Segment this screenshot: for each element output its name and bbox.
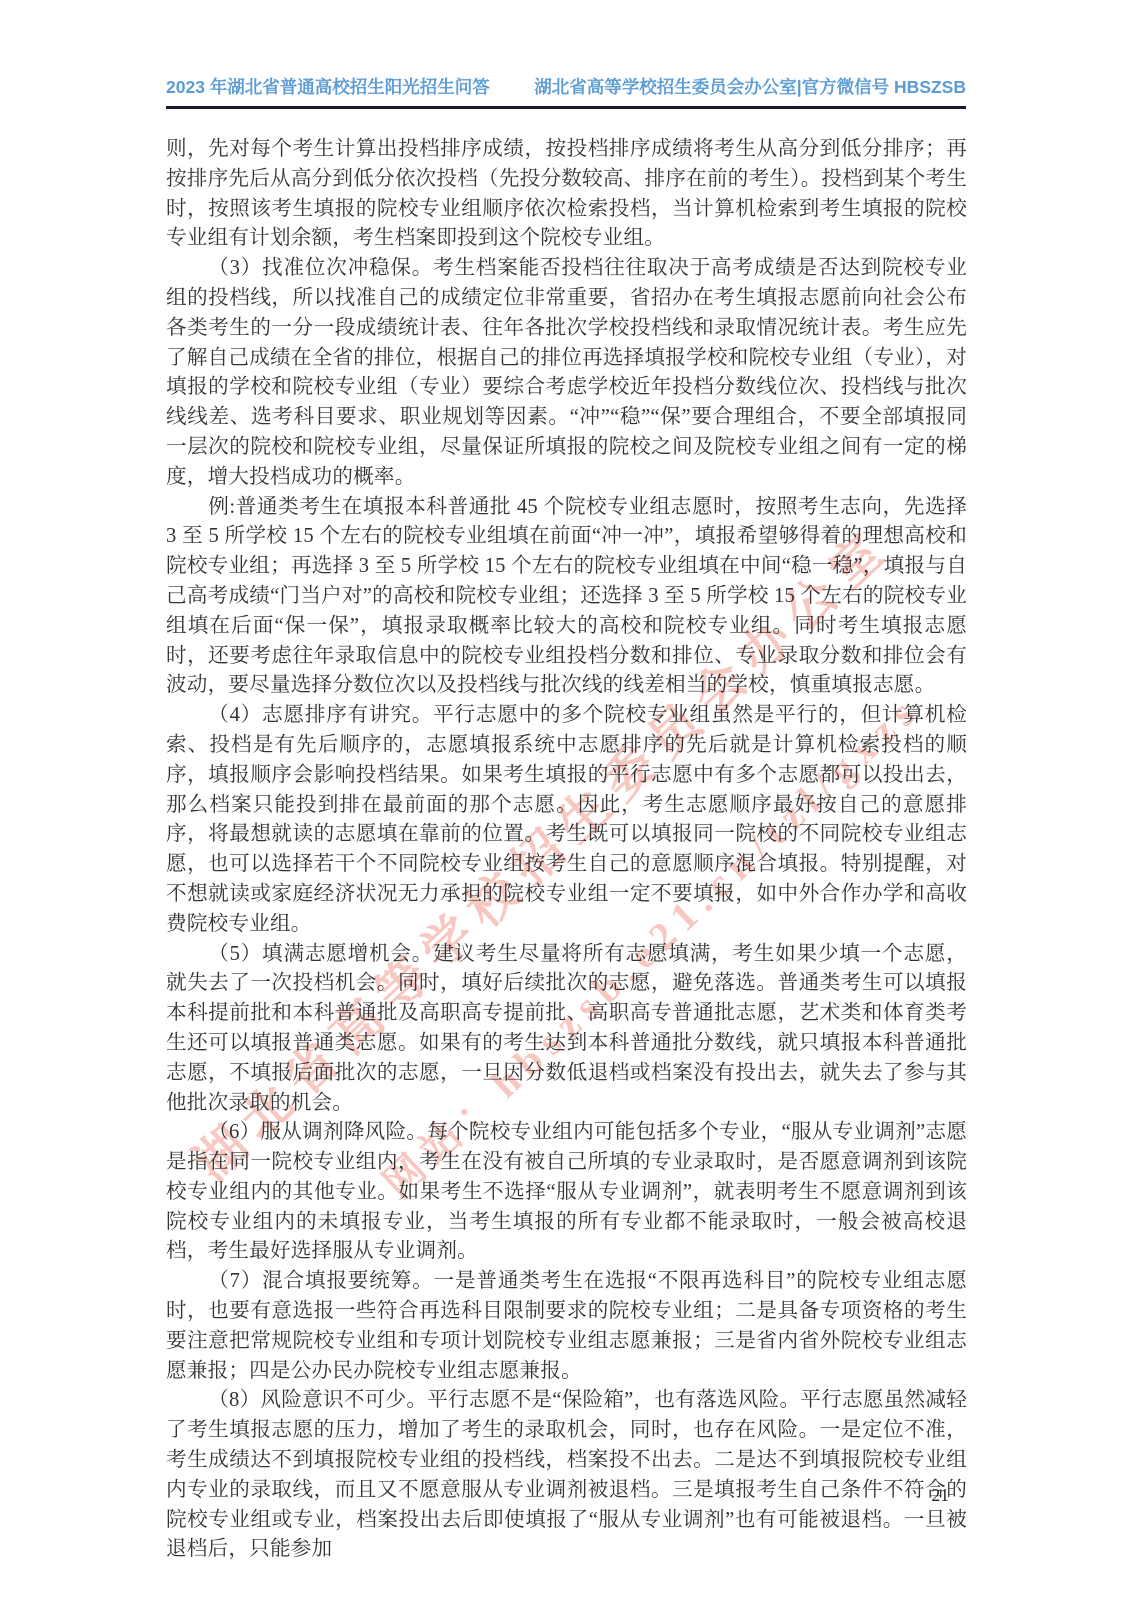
page-header: 2023 年湖北省普通高校招生阳光招生问答 湖北省高等学校招生委员会办公室|官方…: [166, 74, 966, 109]
document-page: 湖北省高等学校招生委员会办公室 网站：hbszsb.e21.cn/tzl/gxz…: [0, 0, 1131, 1600]
header-left-title: 2023 年湖北省普通高校招生阳光招生问答: [166, 74, 490, 99]
body-paragraph-item5: （5）填满志愿增机会。建议考生尽量将所有志愿填满，考生如果少填一个志愿，就失去了…: [166, 940, 967, 1119]
body-paragraph-item8: （8）风险意识不可少。平行志愿不是“保险箱”，也有落选风险。平行志愿虽然减轻了考…: [166, 1386, 967, 1565]
body-paragraph-example: 例:普通类考生在填报本科普通批 45 个院校专业组志愿时，按照考生志向，先选择 …: [166, 493, 967, 702]
page-number: 21: [932, 1485, 950, 1506]
header-right-title: 湖北省高等学校招生委员会办公室|官方微信号 HBSZSB: [534, 74, 966, 99]
document-body: 则，先对每个考生计算出投档排序成绩，按投档排序成绩将考生从高分到低分排序；再按排…: [166, 135, 967, 1565]
body-paragraph-item3: （3）找准位次冲稳保。考生档案能否投档往往取决于高考成绩是否达到院校专业组的投档…: [166, 254, 967, 492]
body-paragraph-item7: （7）混合填报要统筹。一是普通类考生在选报“不限再选科目”的院校专业组志愿时，也…: [166, 1267, 967, 1386]
body-paragraph-item4: （4）志愿排序有讲究。平行志愿中的多个院校专业组虽然是平行的，但计算机检索、投档…: [166, 701, 967, 939]
body-paragraph-item6: （6）服从调剂降风险。每个院校专业组内可能包括多个专业，“服从专业调剂”志愿是指…: [166, 1118, 967, 1267]
body-paragraph-continuation: 则，先对每个考生计算出投档排序成绩，按投档排序成绩将考生从高分到低分排序；再按排…: [166, 135, 967, 254]
